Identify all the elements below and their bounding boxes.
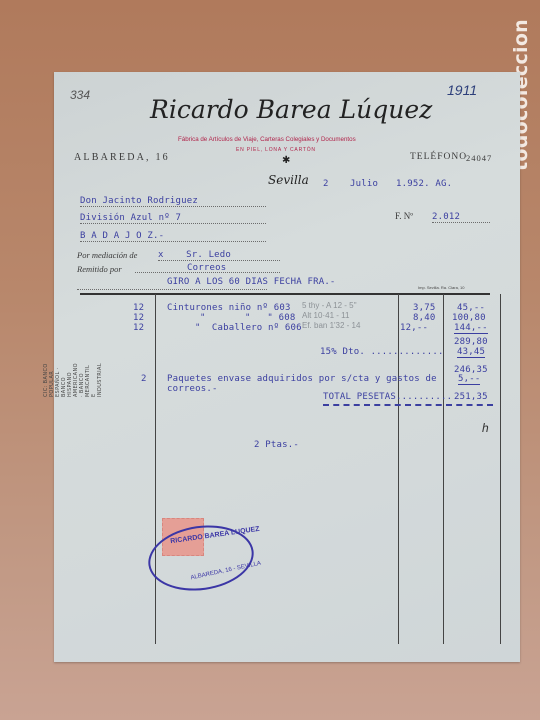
bank-list-sidebar: CIC: BANCO POPULAR ESPAÑOL · BANCO HISPA… [58,300,88,460]
total-label: TOTAL PESETAS.......... [323,392,452,402]
asterisk-icon: ✱ [282,155,290,166]
company-name: Ricardo Barea Lúquez [150,95,432,124]
bank-list-text: CIC: BANCO POPULAR ESPAÑOL · BANCO HISPA… [43,363,103,397]
total-double-rule [323,404,493,406]
invoice-number-label: F. Nº [395,211,413,221]
handwritten-number-right: 1911 [447,82,477,98]
extra-item-description: Paquetes envase adquiridos por s/cta y g… [167,374,437,384]
sent-by-value: Correos [187,263,226,273]
item-3-unit-price: 12,-- [400,323,428,333]
recipient-name: Don Jacinto Rodriguez [80,196,266,207]
company-tagline: Fábrica de Artículos de Viaje, Carteras … [178,136,356,143]
item-2-qty: 12 [133,313,144,323]
date-year: 1.952. AG. [396,179,452,189]
item-2-unit-price: 8,40 [413,313,435,323]
sent-by-label: Remitido por [77,264,122,274]
date-month: Julio [350,179,378,189]
column-divider-qty [155,294,156,644]
extra-item-description-2: correos.- [167,384,218,394]
item-1-unit-price: 3,75 [413,303,435,313]
item-3-qty: 12 [133,323,144,333]
recipient-city: B A D A J O Z.- [80,231,266,242]
table-header-rule [80,293,490,295]
handwritten-number-left: 334 [70,88,90,102]
item-3-description: " Caballero nº 606 [195,323,302,333]
printer-mark: Imp. Sevilla. Ra. Clara, 10 [418,285,464,290]
item-1-description: Cinturones niño nº 603 [167,303,291,313]
date-day: 2 [323,179,329,189]
recipient-address: División Azul nº 7 [80,213,266,224]
handwritten-margin-mark: h [482,421,489,435]
company-subtagline: EN PIEL, LONA Y CARTÓN [236,147,316,153]
discount-amount: 43,45 [457,347,485,358]
mediation-value: x Sr. Ledo [158,250,280,261]
extra-item-qty: 2 [141,374,147,384]
item-2-amount: 100,80 [452,313,486,323]
date-city: Sevilla [268,173,309,187]
item-1-qty: 12 [133,303,144,313]
item-2-description: " " " 608 [200,313,296,323]
mediation-label: Por mediación de [77,250,137,260]
item-1-amount: 45,-- [457,303,485,313]
extra-item-amount: 5,-- [458,374,480,385]
column-divider-right [500,294,501,644]
phone-label: TELÉFONO [410,152,467,162]
payment-terms-line [77,289,267,290]
payment-terms: GIRO A LOS 60 DIAS FECHA FRA.- [167,277,336,287]
stamp-duty: 2 Ptas.- [254,440,299,450]
discount-label: 15% Dto. ............. [320,347,444,357]
pencil-note-1: 5 thy - A 12 - 5'' [302,301,357,310]
phone-number: 24047 [466,153,492,163]
pencil-note-3: Ef. ban 1'32 - 14 [302,321,360,330]
company-address: ALBAREDA, 16 [74,152,170,163]
total-amount: 251,35 [454,392,488,402]
pencil-note-2: Alt 10·41 - 11 [302,311,349,320]
invoice-number: 2.012 [432,212,490,223]
item-3-amount: 144,-- [454,323,488,334]
subtotal: 289,80 [454,337,488,347]
